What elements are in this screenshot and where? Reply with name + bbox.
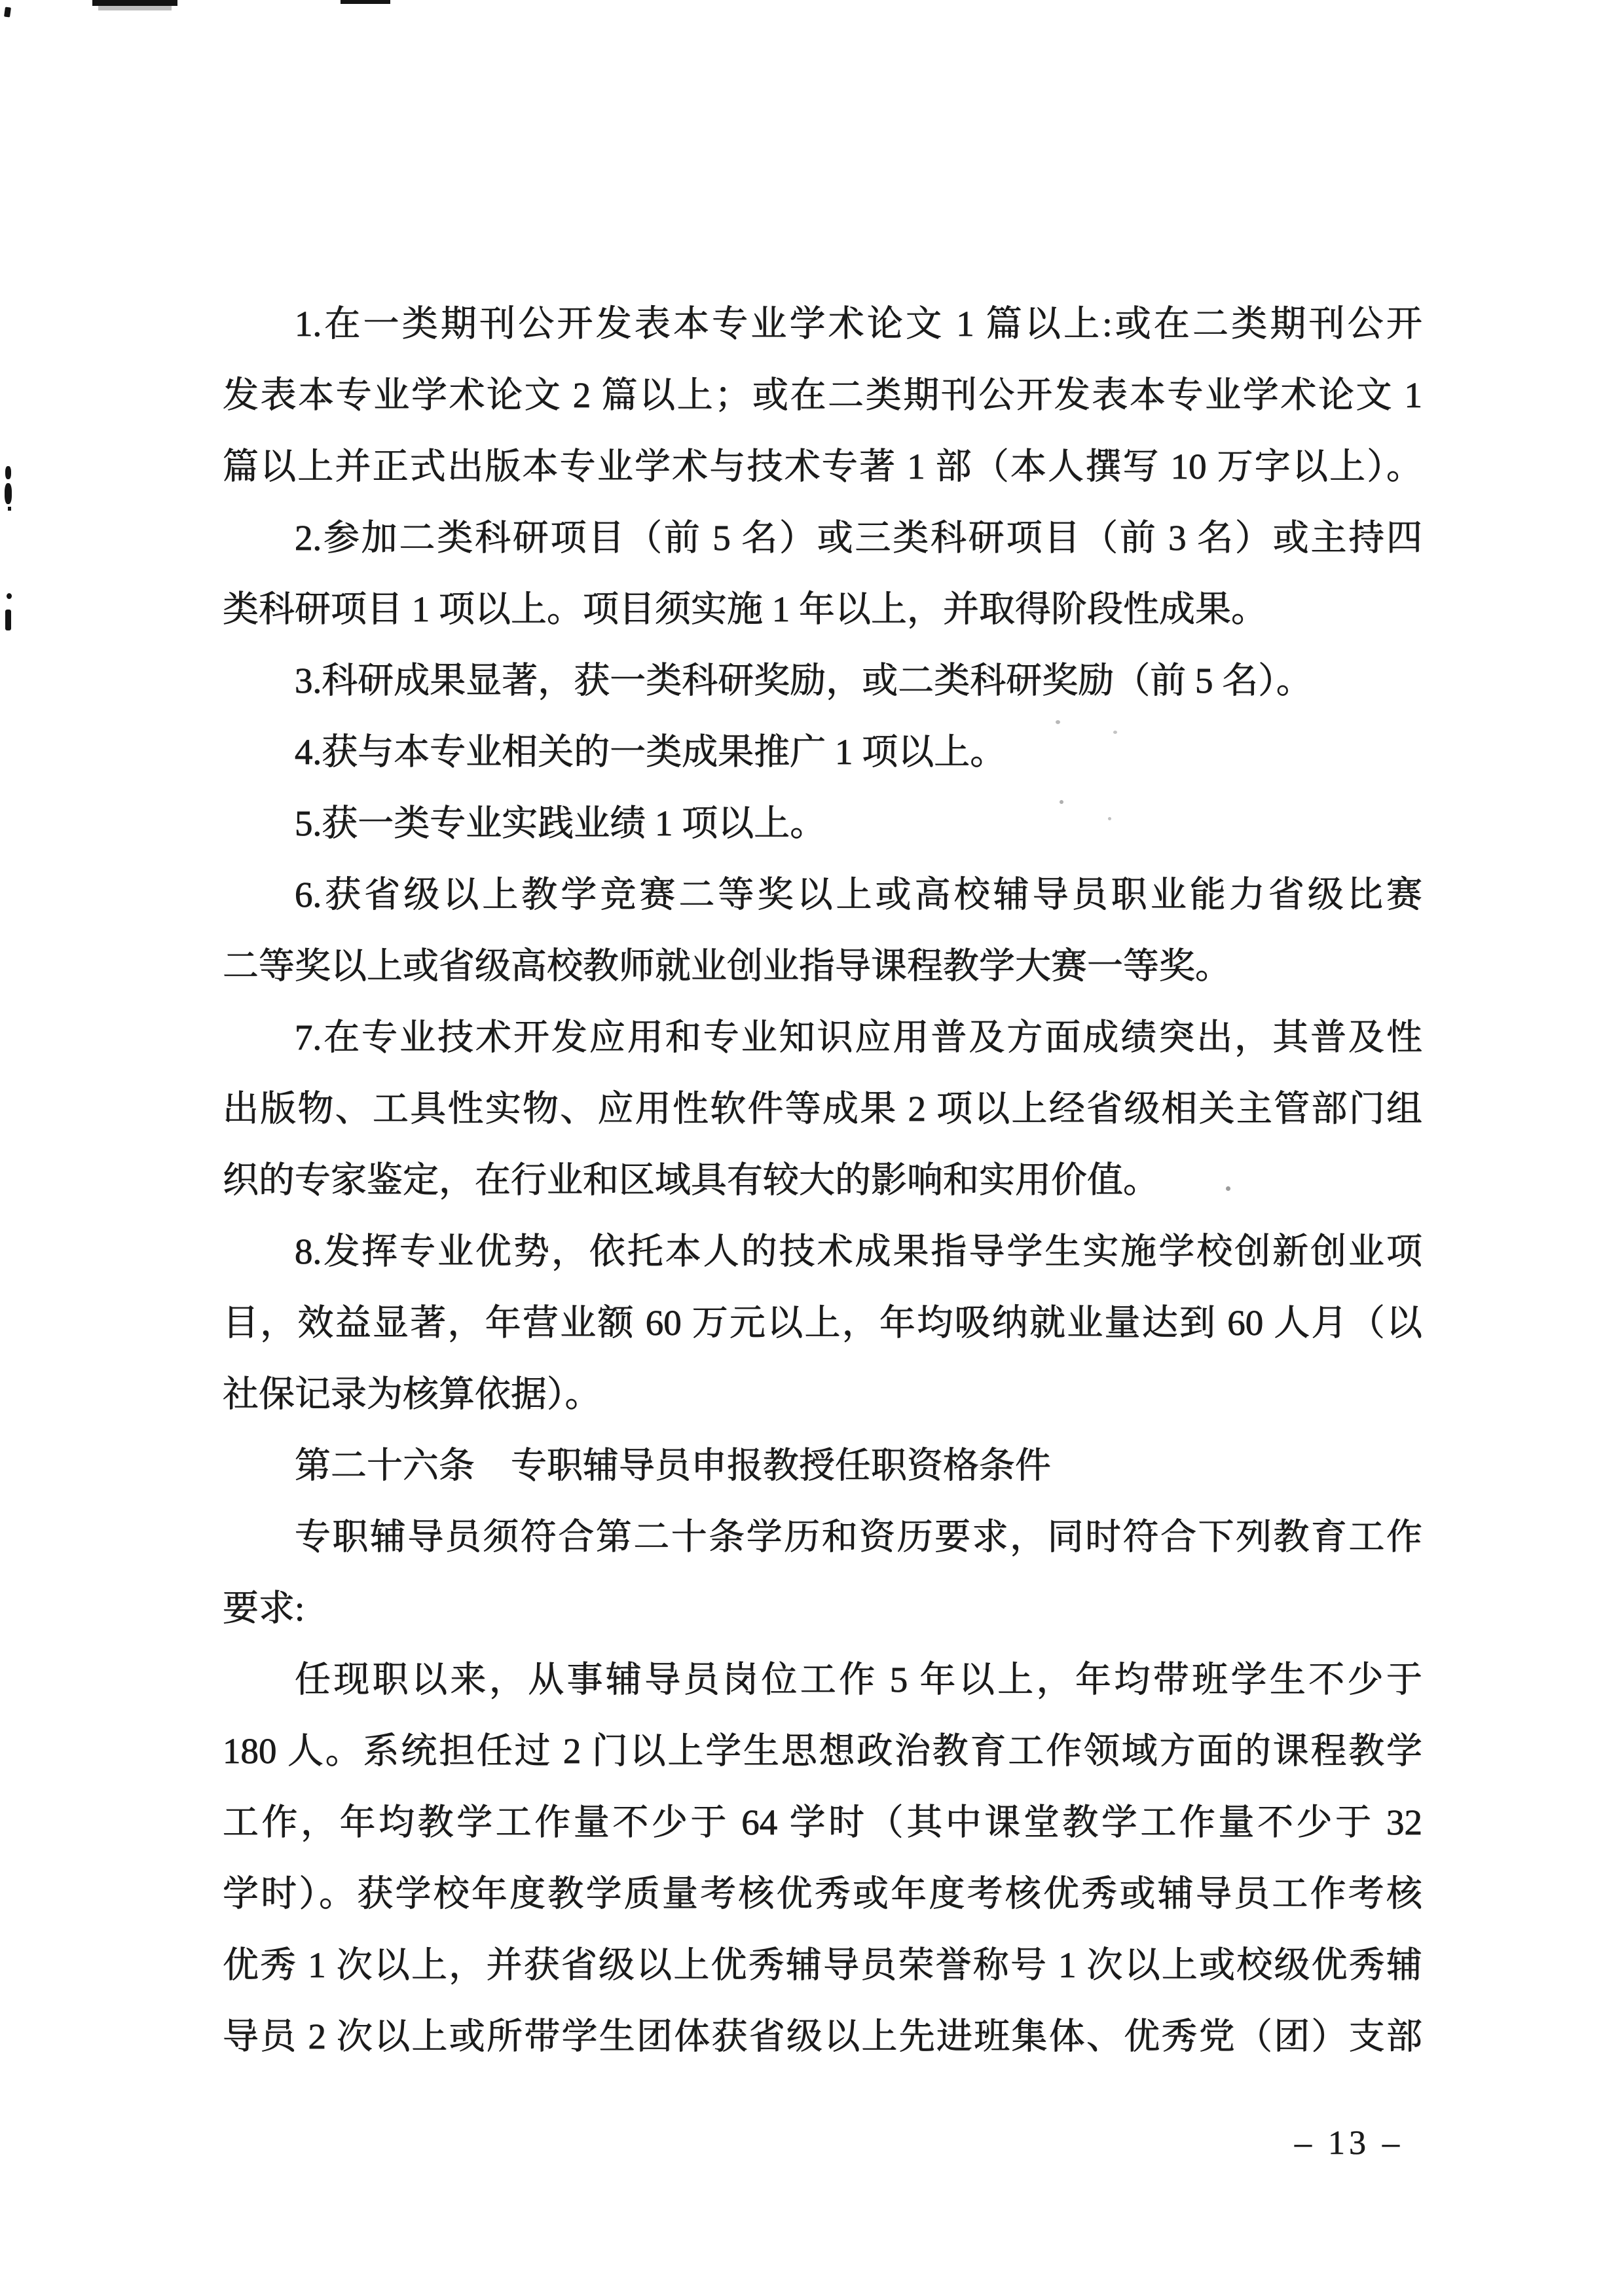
scan-artifact-top-tick	[92, 0, 177, 6]
scan-artifact-left-mark	[5, 610, 11, 630]
scan-artifact-left-mark	[5, 483, 12, 504]
text-line: 发表本专业学术论文 2 篇以上；或在二类期刊公开发表本专业学术论文 1	[223, 359, 1422, 431]
text-line: 专职辅导员须符合第二十条学历和资历要求，同时符合下列教育工作	[223, 1501, 1422, 1573]
text-line: 学时）。获学校年度教学质量考核优秀或年度考核优秀或辅导员工作考核	[223, 1858, 1422, 1929]
text-line: 180 人。系统担任过 2 门以上学生思想政治教育工作领域方面的课程教学	[223, 1715, 1422, 1787]
text-line: 第二十六条 专职辅导员申报教授任职资格条件	[223, 1430, 1422, 1501]
text-line: 篇以上并正式出版本专业学术与技术专著 1 部（本人撰写 10 万字以上）。	[223, 431, 1422, 502]
scan-artifact-corner-mark	[4, 7, 11, 17]
text-line: 任现职以来，从事辅导员岗位工作 5 年以上，年均带班学生不少于	[223, 1644, 1422, 1715]
scan-artifact-left-dot	[8, 507, 11, 511]
text-line: 导员 2 次以上或所带学生团体获省级以上先进班集体、优秀党（团）支部	[223, 2001, 1422, 2072]
text-line: 目，效益显著，年营业额 60 万元以上，年均吸纳就业量达到 60 人月（以	[223, 1287, 1422, 1358]
text-line: 1.在一类期刊公开发表本专业学术论文 1 篇以上:或在二类期刊公开	[223, 288, 1422, 359]
scan-artifact-top-tick-shadow	[98, 6, 172, 10]
text-line: 2.参加二类科研项目（前 5 名）或三类科研项目（前 3 名）或主持四	[223, 502, 1422, 574]
text-line: 3.科研成果显著，获一类科研奖励，或二类科研奖励（前 5 名）。	[223, 645, 1422, 716]
text-line: 优秀 1 次以上，并获省级以上优秀辅导员荣誉称号 1 次以上或校级优秀辅	[223, 1929, 1422, 2001]
scan-artifact-left-mark	[5, 466, 11, 479]
page-number: – 13 –	[1270, 2120, 1428, 2167]
scan-artifact-top-tick-2	[341, 0, 390, 4]
text-line: 4.获与本专业相关的一类成果推广 1 项以上。	[223, 716, 1422, 788]
text-line: 7.在专业技术开发应用和专业知识应用普及方面成绩突出，其普及性	[223, 1002, 1422, 1073]
text-block: 1.在一类期刊公开发表本专业学术论文 1 篇以上:或在二类期刊公开发表本专业学术…	[223, 288, 1422, 2072]
text-line: 6.获省级以上教学竞赛二等奖以上或高校辅导员职业能力省级比赛	[223, 859, 1422, 930]
text-line: 织的专家鉴定，在行业和区域具有较大的影响和实用价值。	[223, 1144, 1422, 1216]
text-line: 类科研项目 1 项以上。项目须实施 1 年以上，并取得阶段性成果。	[223, 574, 1422, 645]
text-line: 社保记录为核算依据）。	[223, 1358, 1422, 1430]
document-page: 1.在一类期刊公开发表本专业学术论文 1 篇以上:或在二类期刊公开发表本专业学术…	[0, 0, 1624, 2296]
text-line: 要求:	[223, 1573, 1422, 1644]
text-line: 8.发挥专业优势，依托本人的技术成果指导学生实施学校创新创业项	[223, 1216, 1422, 1287]
text-line: 出版物、工具性实物、应用性软件等成果 2 项以上经省级相关主管部门组	[223, 1073, 1422, 1144]
text-line: 5.获一类专业实践业绩 1 项以上。	[223, 788, 1422, 859]
scan-artifact-left-dot	[7, 593, 12, 599]
text-line: 二等奖以上或省级高校教师就业创业指导课程教学大赛一等奖。	[223, 930, 1422, 1002]
text-line: 工作，年均教学工作量不少于 64 学时（其中课堂教学工作量不少于 32	[223, 1787, 1422, 1858]
